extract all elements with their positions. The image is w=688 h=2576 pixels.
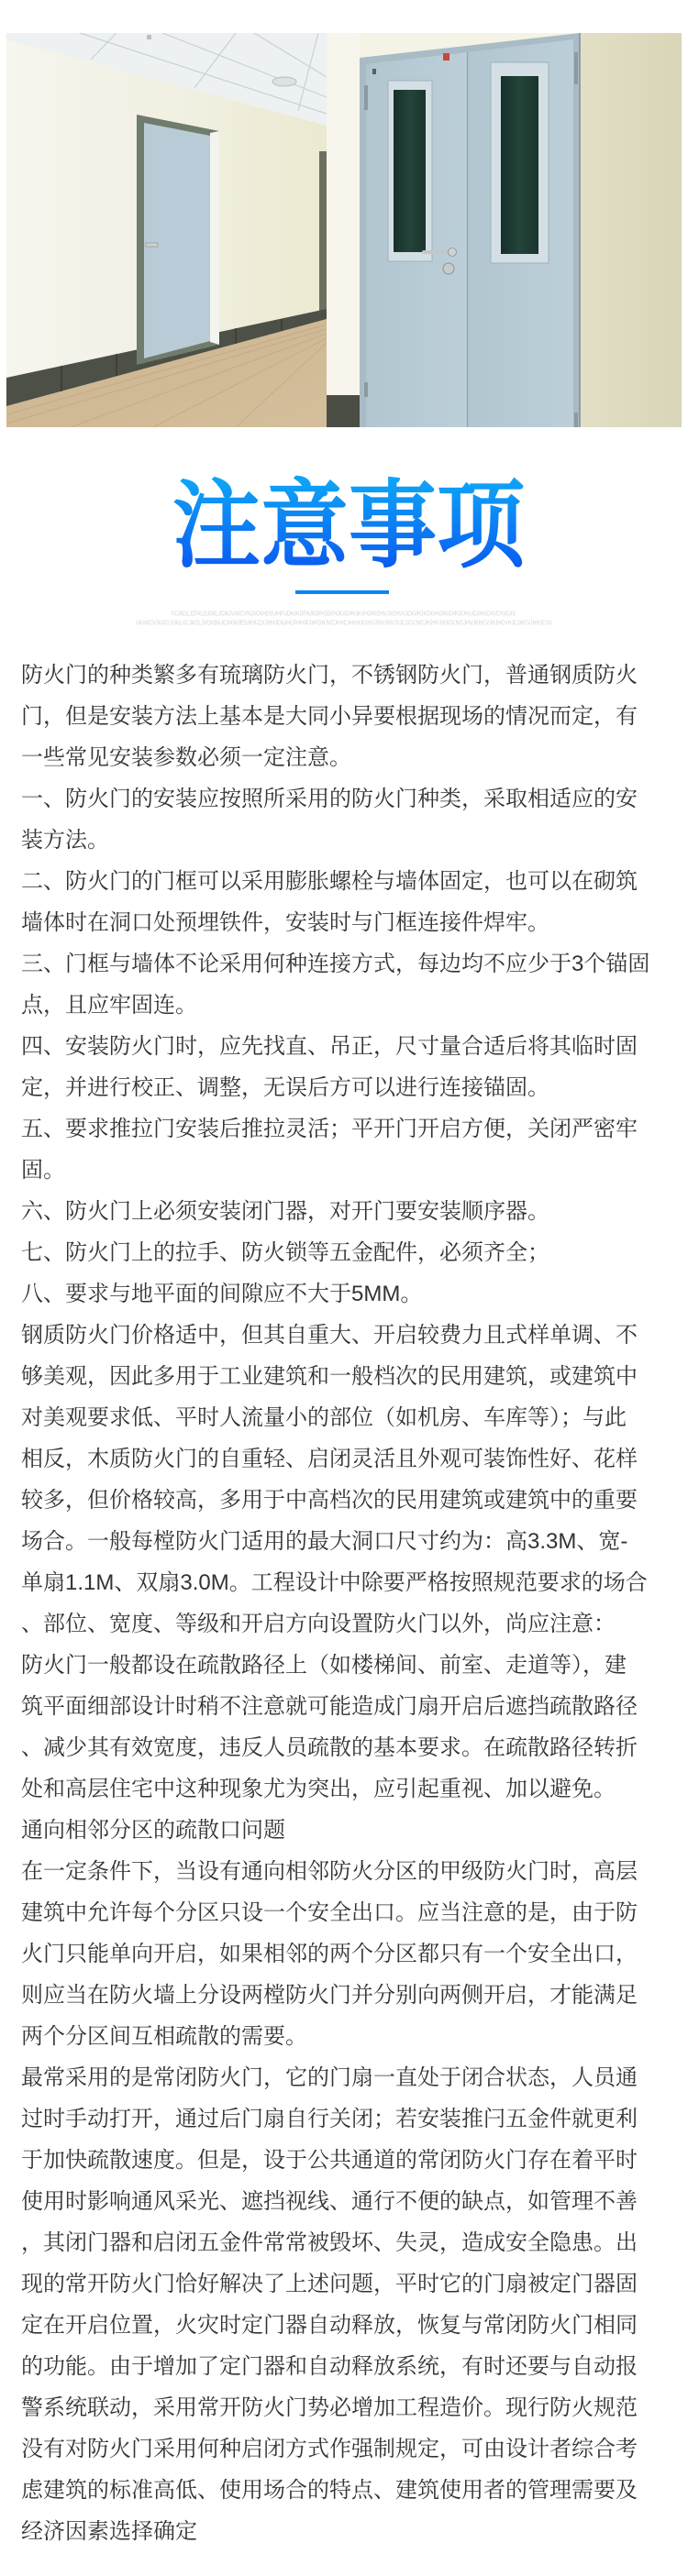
adjacent-zone-paragraph: 在一定条件下，当设有通向相邻防火分区的甲级防火门时，高层建筑中允许每个分区只设一… xyxy=(21,1851,677,2057)
lock-cylinder-icon xyxy=(443,263,454,274)
text-line: 、部位、宽度、等级和开启方向设置防火门以外，尚应注意： xyxy=(21,1603,677,1645)
article-body: 防火门的种类繁多有琉璃防火门，不锈钢防火门，普通钢质防火门，但是安装方法上基本是… xyxy=(21,655,677,2552)
text-line: 虑建筑的标准高低、使用场合的特点、建筑使用者的管理需要及 xyxy=(21,2470,677,2511)
install-note-4: 四、安装防火门时，应先找直、吊正，尺寸量合适后将其临时固定，并进行校正、调整，无… xyxy=(21,1026,677,1108)
text-line: 使用时影响通风采光、遮挡视线、通行不便的缺点，如管理不善 xyxy=(21,2181,677,2222)
sprinkler-icon xyxy=(147,35,151,39)
text-line: 场合。一般每樘防火门适用的最大洞口尺寸约为：高3.3M、宽- xyxy=(21,1521,677,1562)
text-line: 没有对防火门采用何种启闭方式作强制规定，可由设计者综合考 xyxy=(21,2428,677,2470)
text-line: 八、要求与地平面的间隙应不大于5MM。 xyxy=(21,1273,677,1315)
text-line: 六、防火门上必须安装闭门器，对开门要安装顺序器。 xyxy=(21,1191,677,1232)
text-line: 三、门框与墙体不论采用何种连接方式，每边均不应少于3个锚固 xyxy=(21,943,677,985)
text-line: 筑平面细部设计时稍不注意就可能造成门扇开启后遮挡疏散路径 xyxy=(21,1686,677,1727)
text-line: 五、要求推拉门安装后推拉灵活；平开门开启方便，关闭严密牢 xyxy=(21,1108,677,1150)
title-underline-divider xyxy=(295,590,389,594)
text-line: 过时手动打开，通过后门扇自行关闭；若安装推闩五金件就更利 xyxy=(21,2098,677,2140)
text-line: 门，但是安装方法上基本是大同小异要根据现场的情况而定，有 xyxy=(21,696,677,737)
intro-paragraph: 防火门的种类繁多有琉璃防火门，不锈钢防火门，普通钢质防火门，但是安装方法上基本是… xyxy=(21,655,677,778)
right-wall xyxy=(580,33,682,427)
text-line: 在一定条件下，当设有通向相邻防火分区的甲级防火门时，高层 xyxy=(21,1851,677,1892)
text-line: 够美观，因此多用于工业建筑和一般档次的民用建筑，或建筑中 xyxy=(21,1356,677,1397)
text-line: 通向相邻分区的疏散口问题 xyxy=(21,1810,677,1851)
text-line: 两个分区间互相疏散的需要。 xyxy=(21,2016,677,2057)
text-line: 定在开启位置，火灾时定门器自动释放，恢复与常闭防火门相同 xyxy=(21,2305,677,2346)
text-line: 的功能。由于增加了定门器和自动释放系统，有时还要与自动报 xyxy=(21,2346,677,2387)
door-handle-icon xyxy=(146,243,158,247)
ceiling-light-icon xyxy=(272,77,296,86)
install-note-2: 二、防火门的门框可以采用膨胀螺栓与墙体固定，也可以在砌筑墙体时在洞口处预埋铁件，… xyxy=(21,861,677,943)
text-line: 固。 xyxy=(21,1150,677,1191)
hero-photo xyxy=(6,33,682,427)
text-line: 较多，但价格较高，多用于中高档次的民用建筑或建筑中的重要 xyxy=(21,1480,677,1521)
text-line: 经济因素选择确定 xyxy=(21,2511,677,2552)
fire-sign-icon xyxy=(443,53,449,61)
text-line: 最常采用的是常闭防火门，它的门扇一直处于闭合状态，人员通 xyxy=(21,2057,677,2098)
install-note-3: 三、门框与墙体不论采用何种连接方式，每边均不应少于3个锚固点，且应牢固连。 xyxy=(21,943,677,1026)
text-line: 、减少其有效宽度，违反人员疏散的基本要求。在疏散路径转折 xyxy=(21,1727,677,1768)
text-line: 防火门的种类繁多有琉璃防火门，不锈钢防火门，普通钢质防火 xyxy=(21,655,677,696)
double-fire-door xyxy=(360,33,580,427)
text-line: ，其闭门器和启闭五金件常常被毁坏、失灵，造成安全隐患。出 xyxy=(21,2222,677,2263)
single-door xyxy=(137,115,219,365)
text-line: 警系统联动，采用常开防火门势必增加工程造价。现行防火规范 xyxy=(21,2387,677,2428)
decorative-text-line-1: FCJKDLJZFKLDJSKLJCIKJVXKCVNJXCKHDSUIHFUD… xyxy=(172,611,516,618)
steel-vs-wood-paragraph: 钢质防火门价格适中，但其自重大、开启较费力且式样单调、不够美观，因此多用于工业建… xyxy=(21,1315,677,1645)
install-note-7: 七、防火门上的拉手、防火锁等五金配件，必须齐全； xyxy=(21,1232,677,1273)
text-line: 钢质防火门价格适中，但其自重大、开启较费力且式样单调、不 xyxy=(21,1315,677,1356)
normally-closed-vs-open-paragraph: 最常采用的是常闭防火门，它的门扇一直处于闭合状态，人员通过时手动打开，通过后门扇… xyxy=(21,2057,677,2552)
section-title-text: 注意事项 xyxy=(172,469,526,578)
text-line: 火门只能单向开启，如果相邻的两个分区都只有一个安全出口， xyxy=(21,1933,677,1975)
text-line: 墙体时在洞口处预埋铁件，安装时与门框连接件焊牢。 xyxy=(21,902,677,943)
wall-pillar xyxy=(327,33,360,427)
text-line: 一些常见安装参数必须一定注意。 xyxy=(21,737,677,778)
text-line: 七、防火门上的拉手、防火锁等五金配件，必须齐全； xyxy=(21,1232,677,1273)
evacuation-path-paragraph: 防火门一般都设在疏散路径上（如楼梯间、前室、走道等），建筑平面细部设计时稍不注意… xyxy=(21,1645,677,1810)
text-line: 处和高层住宅中这种现象尤为突出，应引起重视、加以避免。 xyxy=(21,1768,677,1810)
text-line: 定，并进行校正、调整，无误后方可以进行连接锚固。 xyxy=(21,1067,677,1108)
text-line: 四、安装防火门时，应先找直、吊正，尺寸量合适后将其临时固 xyxy=(21,1026,677,1067)
text-line: 建筑中允许每个分区只设一个安全出口。应当注意的是，由于防 xyxy=(21,1892,677,1933)
far-corridor-door xyxy=(319,151,327,318)
door-window-left xyxy=(388,81,432,261)
subheading-adjacent-zone-exits: 通向相邻分区的疏散口问题 xyxy=(21,1810,677,1851)
text-line: 点，且应牢固连。 xyxy=(21,985,677,1026)
install-note-8: 八、要求与地平面的间隙应不大于5MM。 xyxy=(21,1273,677,1315)
text-line: 于加快疏散速度。但是，设于公共通道的常闭防火门存在着平时 xyxy=(21,2140,677,2181)
text-line: 现的常开防火门恰好解决了上述问题，平时它的门扇被定门器固 xyxy=(21,2263,677,2305)
text-line: 相反，木质防火门的自重轻、启闭灵活且外观可装饰性好、花样 xyxy=(21,1438,677,1480)
door-label-icon xyxy=(372,69,376,74)
text-line: 二、防火门的门框可以采用膨胀螺栓与墙体固定，也可以在砌筑 xyxy=(21,861,677,902)
door-window-right xyxy=(491,62,549,263)
product-detail-page: 注意事项 FCJKDLJZFKLDJSKLJCIKJVXKCVNJXCKHDSU… xyxy=(0,0,688,2576)
text-line: 对美观要求低、平时人流量小的部位（如机房、车库等）；与此 xyxy=(21,1397,677,1438)
text-line: 单扇1.1M、双扇3.0M。工程设计中除要严格按照规范要求的场合 xyxy=(21,1562,677,1603)
decorative-subtitle: FCJKDLJZFKLDJSKLJCIKJVXKCVNJXCKHDSUIHFUD… xyxy=(0,607,688,629)
text-line: 则应当在防火墙上分设两樘防火门并分别向两侧开启，才能满足 xyxy=(21,1975,677,2016)
install-note-1: 一、防火门的安装应按照所采用的防火门种类，采取相适应的安装方法。 xyxy=(21,778,677,861)
install-note-6: 六、防火门上必须安装闭门器，对开门要安装顺序器。 xyxy=(21,1191,677,1232)
section-title: 注意事项 xyxy=(0,458,688,578)
text-line: 一、防火门的安装应按照所采用的防火门种类，采取相适应的安 xyxy=(21,778,677,820)
decorative-text-line-2: VKXKCVJKXCLVJKLXCJKCLJVCKBNJCXKWJEDJKHJZ… xyxy=(136,621,552,627)
text-line: 防火门一般都设在疏散路径上（如楼梯间、前室、走道等），建 xyxy=(21,1645,677,1686)
text-line: 装方法。 xyxy=(21,820,677,861)
install-note-5: 五、要求推拉门安装后推拉灵活；平开门开启方便，关闭严密牢固。 xyxy=(21,1108,677,1191)
